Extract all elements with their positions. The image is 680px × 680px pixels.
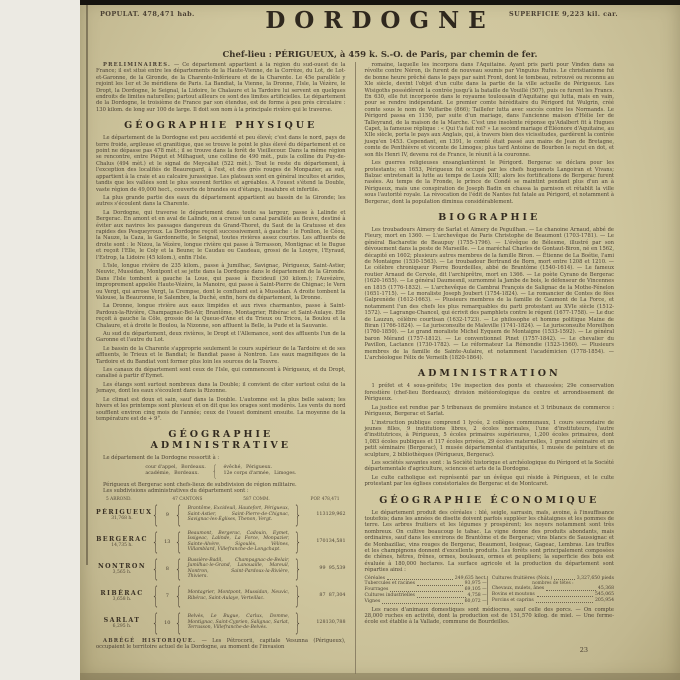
preliminaires-paragraph: PRÉLIMINAIRES. — Ce département appartie… xyxy=(96,62,346,113)
stat-value: 205,954 xyxy=(595,598,614,604)
brace-glyph: { xyxy=(152,530,160,554)
dot-leader xyxy=(417,593,466,598)
col-header-arrond: 5 ARROND. xyxy=(106,497,132,502)
abrege-historique-paragraph: ABRÉGÉ HISTORIQUE. — Les Pétrocorii, cap… xyxy=(96,638,346,651)
biographie-paragraphs: Les troubadours Aimery de Sarlat et Aime… xyxy=(365,227,615,362)
brace-glyph: { xyxy=(152,584,160,608)
stat-value: 3,327,650 pieds xyxy=(577,576,614,582)
arrondissement-name: NONTRON xyxy=(96,563,148,570)
ressort-value: Bordeaux. xyxy=(174,471,199,477)
communes-count: 99 xyxy=(306,566,326,571)
brace-glyph: } xyxy=(294,503,302,527)
geographie-physique-paragraphs: Le département de la Dordogne est peu ac… xyxy=(96,135,346,422)
scan-edge-bottom xyxy=(80,673,680,680)
brace-glyph: { xyxy=(152,503,160,527)
superficie-stat: SUPERFICIE 9,223 kil. car. xyxy=(509,10,618,18)
brace-glyph: { xyxy=(212,464,217,479)
chief-town-pop: 14,735 h. xyxy=(96,543,148,548)
table-row: BERGERAC14,735 h. { 13 { Beaumont, Berge… xyxy=(96,530,346,554)
dot-leader xyxy=(382,599,462,604)
arrondissement-population: 129,962 xyxy=(326,512,346,517)
paragraph: L'instruction publique comprend 1 lycée,… xyxy=(365,420,615,458)
brace-glyph: } xyxy=(294,611,302,635)
paragraph: Le département de la Dordogne est peu ac… xyxy=(96,135,346,193)
section-heading-geographie-administrative: GÉOGRAPHIE ADMINISTRATIVE xyxy=(96,429,346,451)
chief-town-pop: 3,565 h. xyxy=(96,570,148,575)
arrondissements-table: 5 ARROND. 47 CANTONS 587 COMM. POP. 478,… xyxy=(96,497,346,635)
dot-leader xyxy=(390,587,462,592)
geo-admin-intro: Le département de la Dordogne ressortit … xyxy=(96,455,346,461)
cantons-count: 7 xyxy=(163,593,171,599)
brace-glyph: { xyxy=(175,503,183,527)
cantons-list: Belvès, Le Bugue, Carlux, Domme, Montign… xyxy=(187,614,291,630)
brace-glyph: { xyxy=(175,557,183,581)
paragraph: romaine, laquelle les incorpora dans l'A… xyxy=(365,62,615,158)
paragraph: Les races d'animaux domestiques sont méd… xyxy=(365,607,615,626)
history-continuation-paragraphs: romaine, laquelle les incorpora dans l'A… xyxy=(365,62,615,205)
paragraph: Les canaux du département sont ceux de l… xyxy=(96,367,346,380)
paragraph: Le climat est doux et sain, sauf dans la… xyxy=(96,397,346,423)
paragraph: Les sociétés savantes sont : la Société … xyxy=(365,460,615,473)
stats-right-pairs: Chevaux, mulets, ânes45,368Bovins et mou… xyxy=(492,586,614,603)
paragraph: La plus grande partie des eaux du départ… xyxy=(96,195,346,208)
abrege-historique-lead: ABRÉGÉ HISTORIQUE. xyxy=(103,638,196,644)
stat-label: Vignes xyxy=(365,599,381,605)
paragraph: La Dordogne, qui traverse le département… xyxy=(96,210,346,261)
cantons-list: Beaumont, Bergerac, Cadouin, Eymet, Issi… xyxy=(187,531,291,553)
left-column: PRÉLIMINAIRES. — Ce département appartie… xyxy=(96,62,355,674)
dot-leader xyxy=(546,586,596,591)
cantons-count: 9 xyxy=(163,512,171,518)
arrondissement-population: 130,788 xyxy=(326,620,346,625)
paragraph: Les étangs sont surtout nombreux dans la… xyxy=(96,382,346,395)
communes-count: 170 xyxy=(306,539,326,544)
paragraph: Au sud du département, deux rivières, le… xyxy=(96,331,346,344)
cantons-count: 13 xyxy=(163,539,171,545)
administration-paragraphs: 1 préfet et 4 sous-préfets; 19e inspecti… xyxy=(365,383,615,487)
preliminaires-text: — Ce département appartient à la région … xyxy=(96,62,346,113)
chef-lieu-line: Chef-lieu : PÉRIGUEUX, à 459 k. S.-O. de… xyxy=(80,50,680,60)
table-row: NONTRON3,565 h. { 8 { Bussière-Badil, Ch… xyxy=(96,557,346,581)
paragraph: 1 préfet et 4 sous-préfets; 19e inspecti… xyxy=(365,383,615,402)
dot-leader xyxy=(417,581,463,586)
closing-paragraphs: Les races d'animaux domestiques sont méd… xyxy=(365,607,615,626)
arrondissement-name: RIBÉRAC xyxy=(96,590,148,597)
table-row: PÉRIGUEUX31,768 h. { 9 { Brantôme, Excid… xyxy=(96,503,346,527)
communes-count: 128 xyxy=(306,620,326,625)
paragraph: La justice est rendue par 5 tribunaux de… xyxy=(365,405,615,418)
brace-glyph: { xyxy=(175,530,183,554)
brace-glyph: { xyxy=(175,584,183,608)
stat-line: Porcins et caprins205,954 xyxy=(492,598,614,604)
section-heading-geographie-economique: GÉOGRAPHIE ÉCONOMIQUE xyxy=(365,495,615,506)
dot-leader xyxy=(536,598,593,603)
brace-glyph: { xyxy=(152,611,160,635)
arrondissement-population: 134,581 xyxy=(326,539,346,544)
col-header-pop: POP. 478,471 xyxy=(311,497,340,502)
chief-town-pop: 6,295 h. xyxy=(96,624,148,629)
chief-town-pop: 31,768 h. xyxy=(96,516,148,521)
brace-glyph: } xyxy=(294,530,302,554)
masthead: POPULAT. 478,471 hab. DORDOGNE SUPERFICI… xyxy=(80,0,680,47)
brace-glyph: { xyxy=(175,611,183,635)
population-stat: POPULAT. 478,471 hab. xyxy=(100,10,195,18)
paragraph: Les troubadours Aimery de Sarlat et Aime… xyxy=(365,227,615,362)
arrondissement-population: 95,539 xyxy=(326,566,346,571)
paragraph: Le culte catholique est représenté par u… xyxy=(365,475,615,488)
stat-line: Vignes60,072 — xyxy=(365,599,487,605)
ressort-label: 12e corps d'armée, xyxy=(223,471,270,477)
ressort-value: Limoges. xyxy=(274,471,296,477)
section-heading-biographie: BIOGRAPHIE xyxy=(365,212,615,223)
arrondissement-name: PÉRIGUEUX xyxy=(96,509,148,516)
brace-glyph: } xyxy=(294,557,302,581)
section-heading-administration: ADMINISTRATION xyxy=(365,368,615,379)
stats-left-group: Céréales249,635 hect.Tubercules et racin… xyxy=(365,576,487,605)
table-row: SARLAT6,295 h. { 10 { Belvès, Le Bugue, … xyxy=(96,611,346,635)
stat-label: Porcins et caprins xyxy=(492,598,534,604)
ressort-block: cour d'appel,Bordeaux. académie,Bordeaux… xyxy=(96,464,346,479)
brace-glyph: { xyxy=(152,557,160,581)
paragraph: Le bassin de la Charente s'approprie seu… xyxy=(96,346,346,365)
communes-count: 113 xyxy=(306,512,326,517)
arrondissement-population: 87,304 xyxy=(326,593,346,598)
cantons-list: Bussière-Badil, Champagnac-de-Belair, Ju… xyxy=(187,558,291,580)
dot-leader xyxy=(554,576,575,581)
agriculture-stats-table: Céréales249,635 hect.Tubercules et racin… xyxy=(365,576,615,605)
stats-right-group: Cultures fruitières (Noix.) 3,327,650 pi… xyxy=(487,576,614,605)
dot-leader xyxy=(387,576,453,581)
arrondissement-name: SARLAT xyxy=(96,617,148,624)
table-row: RIBÉRAC3,658 h. { 7 { Montagrier, Montpo… xyxy=(96,584,346,608)
geo-economique-paragraphs: Le département produit des céréales : bl… xyxy=(365,510,615,574)
page-number: 23 xyxy=(580,646,588,654)
ressort-label: académie, xyxy=(145,471,170,477)
two-column-body: PRÉLIMINAIRES. — Ce département appartie… xyxy=(80,60,680,674)
brace-glyph: } xyxy=(294,584,302,608)
paragraph: Le département produit des céréales : bl… xyxy=(365,510,615,574)
paragraph: L'Isle, longue rivière de 235 kilom., pa… xyxy=(96,263,346,301)
col-header-comm: 587 COMM. xyxy=(243,497,270,502)
paragraph: Les guerres religieuses ensanglantèrent … xyxy=(365,160,615,205)
cantons-list: Montagrier, Montpont, Mussidan, Neuvic, … xyxy=(187,590,291,601)
arrondissement-name: BERGERAC xyxy=(96,536,148,543)
cantons-count: 10 xyxy=(163,620,171,626)
section-heading-geographie-physique: GÉOGRAPHIE PHYSIQUE xyxy=(96,120,346,131)
ressort-group-1: cour d'appel,Bordeaux. académie,Bordeaux… xyxy=(145,465,206,477)
subdivisions-intro: Les subdivisions administratives du dépa… xyxy=(96,488,346,494)
scanned-atlas-page: POPULAT. 478,471 hab. DORDOGNE SUPERFICI… xyxy=(80,0,680,680)
communes-count: 87 xyxy=(306,593,326,598)
right-column: romaine, laquelle les incorpora dans l'A… xyxy=(355,62,615,674)
chief-town-pop: 3,658 h. xyxy=(96,597,148,602)
cantons-list: Brantôme, Excideuil, Hautefort, Périgueu… xyxy=(187,506,291,522)
dot-leader xyxy=(537,592,593,597)
scan-edge-left xyxy=(86,5,88,565)
ressort-group-2: évêché,Périgueux. 12e corps d'armée,Limo… xyxy=(223,465,296,477)
paragraph: La Dronne, longue rivière aux eaux limpi… xyxy=(96,303,346,329)
stat-value: 60,072 — xyxy=(465,599,487,605)
cantons-count: 8 xyxy=(163,566,171,572)
